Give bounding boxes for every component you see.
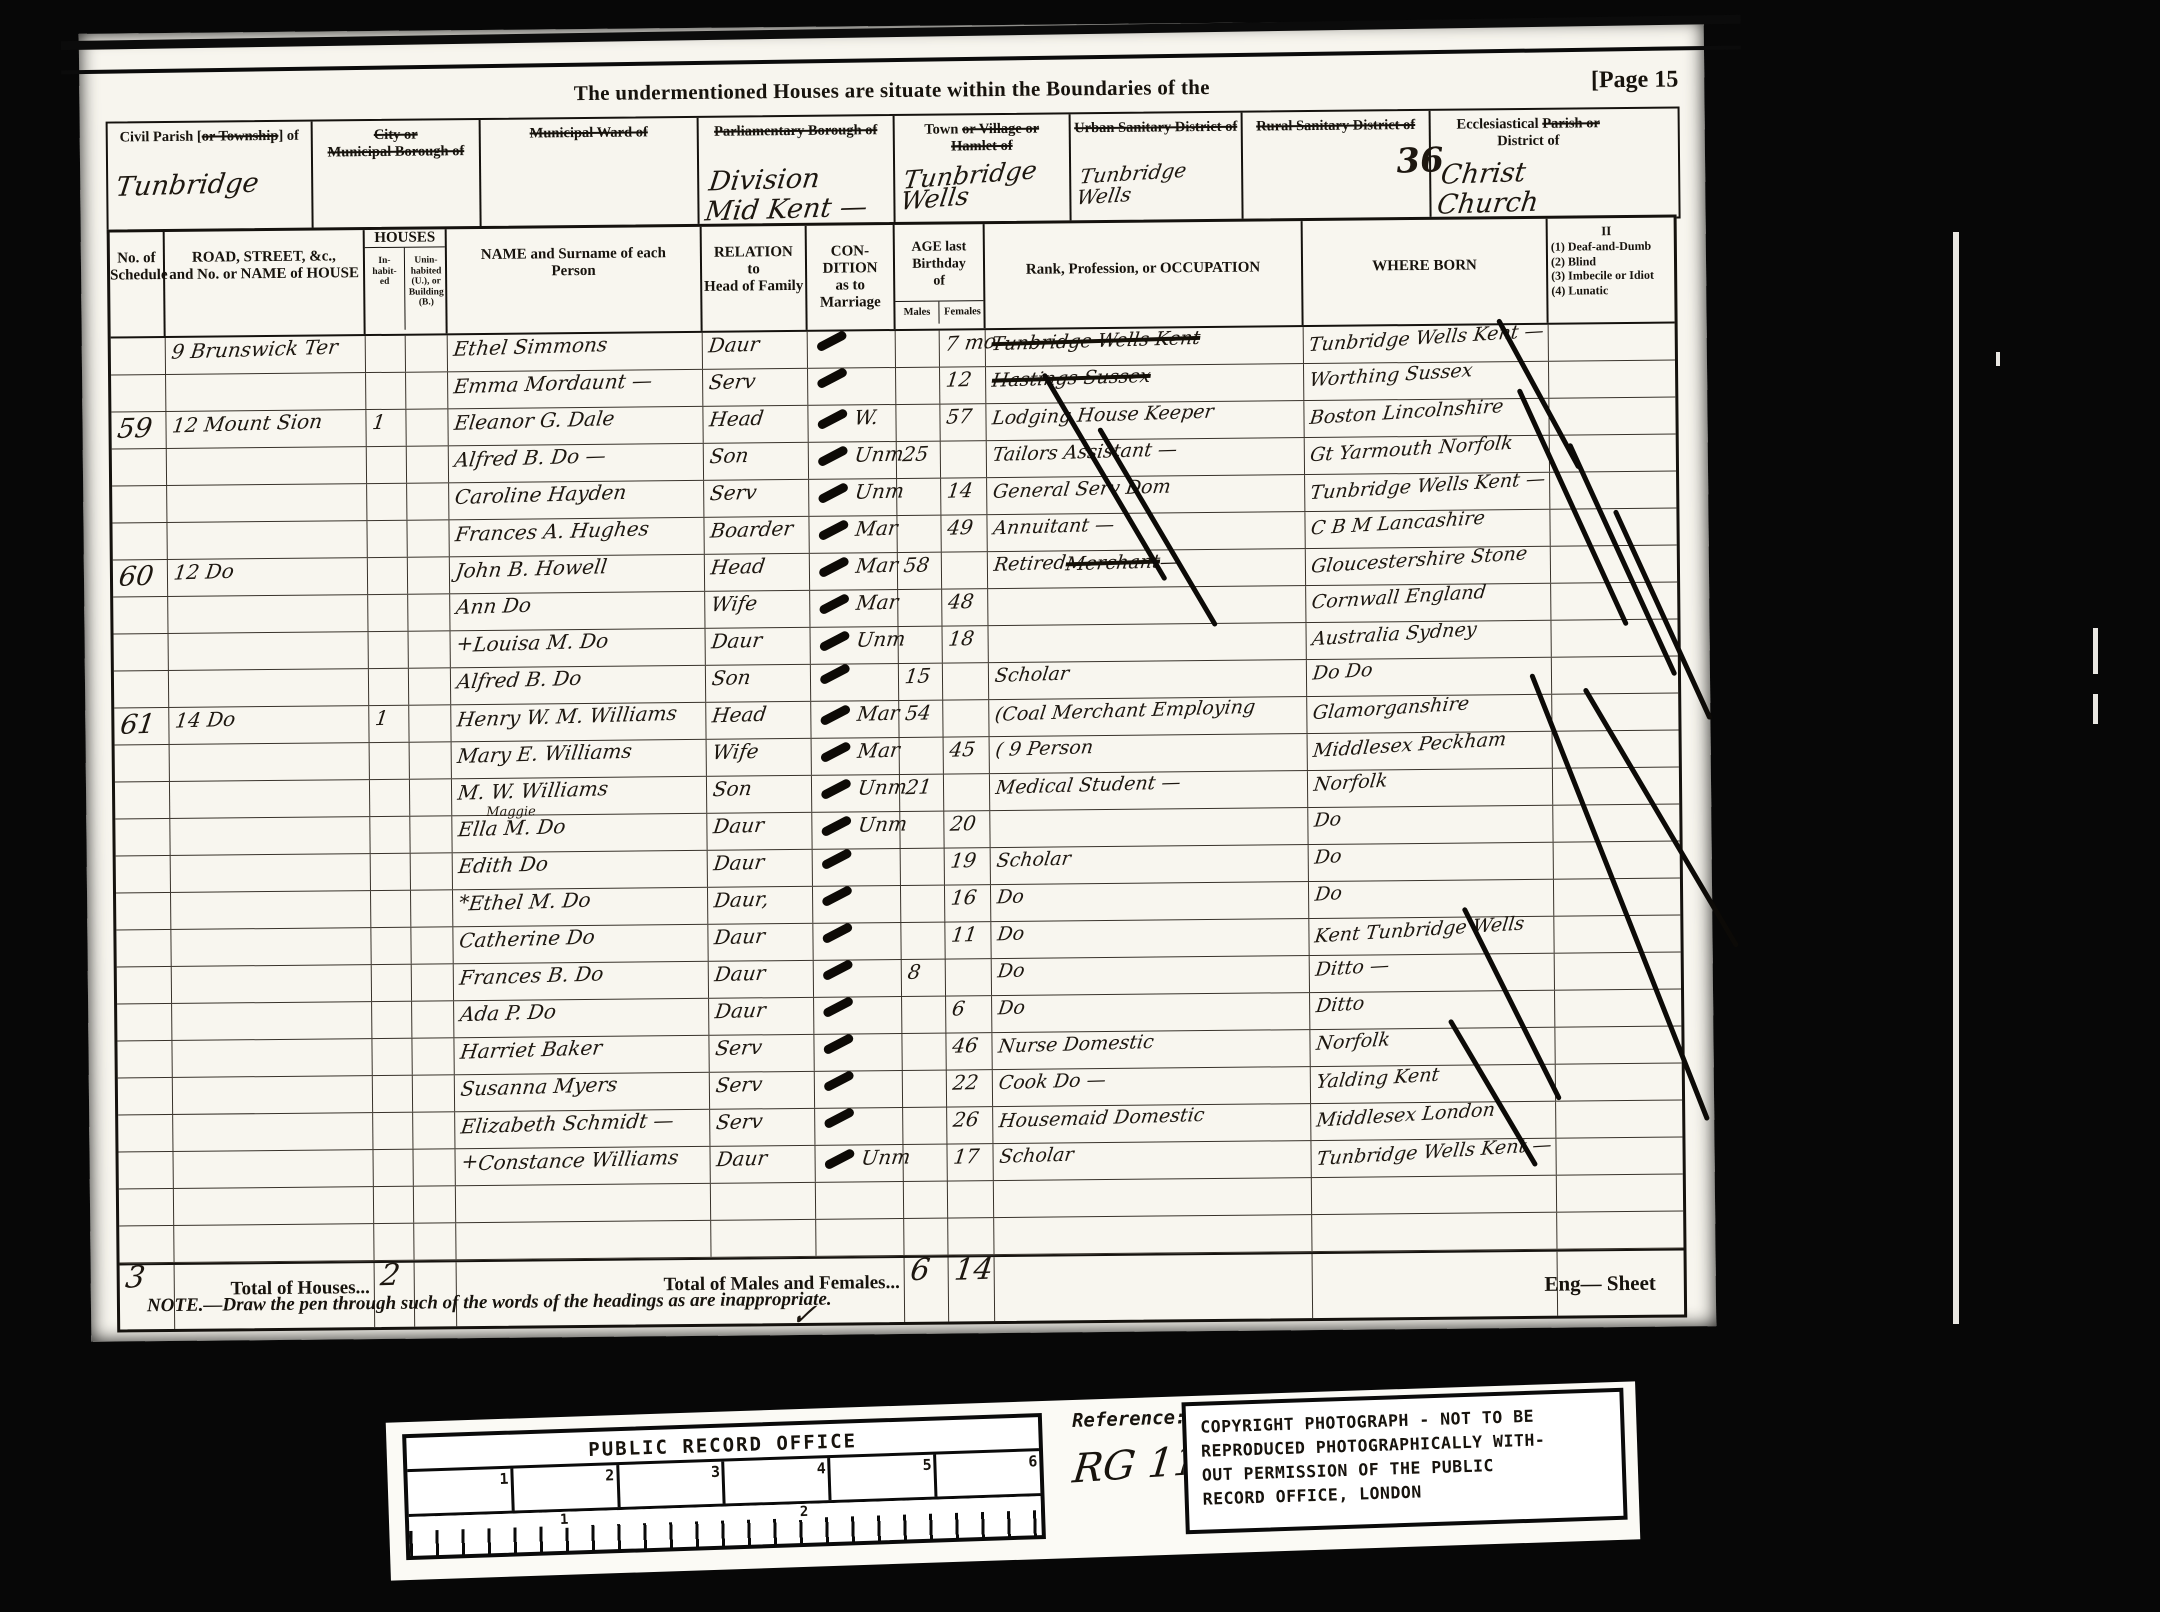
age-female-cell: 46 xyxy=(946,1033,992,1069)
infirmity-cell xyxy=(1556,1064,1673,1101)
road-cell xyxy=(171,891,371,929)
ink-mark xyxy=(817,519,850,542)
schedule-cell xyxy=(117,1041,172,1078)
inhabited-cell xyxy=(372,1002,412,1038)
uninhabited-cell xyxy=(409,631,451,667)
schedule-cell: 60 xyxy=(113,560,168,597)
born-cell: Do Do xyxy=(1307,658,1552,696)
age-male-cell xyxy=(897,516,941,552)
age-male-cell: 8 xyxy=(902,960,946,996)
name-cell xyxy=(456,1184,711,1222)
inhabited-cell xyxy=(374,1187,414,1223)
age-male-cell xyxy=(896,405,940,441)
condition-cell xyxy=(816,1182,904,1219)
age-female-cell: 16 xyxy=(945,885,991,921)
relation-cell xyxy=(711,1220,816,1257)
age-female-cell: 7 mo xyxy=(940,330,986,366)
age-female-cell xyxy=(944,774,990,810)
age-female-cell: 26 xyxy=(947,1107,993,1143)
relation-cell: Daur xyxy=(708,850,813,887)
road-cell: 9 Brunswick Ter xyxy=(166,336,366,374)
boundary-value-parliamentary-borough: Division Mid Kent — xyxy=(703,163,873,228)
relation-cell: Daur xyxy=(706,628,811,665)
occupation-cell: Tailors Assistant — xyxy=(987,438,1305,477)
schedule-cell xyxy=(112,486,167,523)
age-male-cell xyxy=(896,368,940,404)
age-female-cell xyxy=(943,700,989,736)
inhabited-cell xyxy=(374,1224,414,1260)
film-speck xyxy=(2093,694,2098,724)
schedule-cell xyxy=(111,338,166,375)
born-cell: Ditto — xyxy=(1310,954,1555,992)
name-cell xyxy=(456,1221,711,1259)
col-uninhabited-header: Unin- habited (U.), or Building (B.) xyxy=(405,247,448,329)
road-cell xyxy=(167,484,367,522)
schedule-cell xyxy=(118,1115,173,1152)
infirmity-cell xyxy=(1555,1027,1672,1064)
relation-cell: Serv xyxy=(709,1035,814,1072)
born-cell: Worthing Sussex xyxy=(1304,362,1549,400)
born-cell: Kent Tunbridge Wells xyxy=(1309,917,1554,955)
relation-cell: Son xyxy=(706,665,811,702)
col-schedule-header: No. of Schedule xyxy=(110,232,166,337)
relation-cell: Head xyxy=(703,406,808,443)
boundary-value-ecclesiastical: Christ Church xyxy=(1435,155,1630,221)
condition-cell xyxy=(808,331,896,368)
relation-cell: Son xyxy=(704,443,809,480)
relation-cell: Boarder xyxy=(704,517,809,554)
col-males-header: Males xyxy=(895,302,939,324)
born-cell: Norfolk xyxy=(1310,1028,1555,1066)
boundary-cell-rural-sanitary: Rural Sanitary District of36 xyxy=(1243,111,1432,221)
name-cell: Frances B. Do xyxy=(454,962,709,1000)
relation-cell: Wife xyxy=(705,591,810,628)
col-females-header: Females xyxy=(939,301,985,323)
age-female-cell: 57 xyxy=(940,404,986,440)
condition-cell: Mar xyxy=(810,553,898,590)
inhabited-cell xyxy=(367,484,407,520)
name-cell: Edith Do xyxy=(453,851,708,889)
name-cell: Alfred B. Do — xyxy=(449,444,704,482)
ink-mark xyxy=(823,1107,856,1130)
occupation-cell: Do xyxy=(991,919,1309,958)
infirmity-cell xyxy=(1557,1175,1674,1212)
uninhabited-cell xyxy=(408,594,450,630)
road-cell: 12 Mount Sion xyxy=(166,410,366,448)
occupation-cell: Do xyxy=(992,956,1310,995)
schedule-cell xyxy=(114,634,169,671)
road-cell xyxy=(170,817,370,855)
boundary-cell-municipal-ward: Municipal Ward of xyxy=(481,118,700,228)
ink-mark xyxy=(823,1070,856,1093)
age-female-cell: 14 xyxy=(941,478,987,514)
col-age-header: AGE last Birthday of Males Females xyxy=(895,224,986,329)
inhabited-cell xyxy=(370,817,410,853)
uninhabited-cell xyxy=(412,1001,454,1037)
ruler-inch-number: 1 xyxy=(557,1512,572,1528)
road-cell xyxy=(173,1150,373,1188)
occupation-cell xyxy=(990,808,1308,847)
name-cell: Ada P. Do xyxy=(454,999,709,1037)
condition-cell: Mar xyxy=(811,701,899,738)
road-cell xyxy=(170,743,370,781)
uninhabited-cell xyxy=(407,520,449,556)
uninhabited-cell xyxy=(411,890,453,926)
ink-mark xyxy=(820,778,853,801)
name-cell: + Constance Williams xyxy=(455,1147,710,1185)
name-cell: Harriet Baker xyxy=(454,1036,709,1074)
occupation-cell: (Coal Merchant Employing xyxy=(989,697,1307,736)
occupation-cell: Housemaid Domestic xyxy=(993,1104,1311,1143)
inhabited-cell xyxy=(373,1150,413,1186)
schedule-cell xyxy=(117,967,172,1004)
born-cell: Yalding Kent xyxy=(1311,1065,1556,1103)
condition-cell xyxy=(811,664,899,701)
ink-mark xyxy=(817,482,850,505)
infirmity-cell xyxy=(1549,324,1666,361)
ink-mark xyxy=(819,704,852,727)
age-female-cell: 17 xyxy=(947,1144,993,1180)
col-road-header: ROAD, STREET, &c., and No. or NAME of HO… xyxy=(165,230,366,336)
age-male-cell: 58 xyxy=(898,553,942,589)
road-cell xyxy=(173,1113,373,1151)
age-male-cell xyxy=(900,812,944,848)
age-female-cell: 12 xyxy=(940,367,986,403)
age-male-cell xyxy=(901,849,945,885)
ruler-inch-number: 2 xyxy=(797,1504,812,1520)
age-male-cell xyxy=(904,1219,948,1255)
age-male-cell xyxy=(903,1145,947,1181)
schedule-cell xyxy=(119,1189,174,1226)
inhabited-cell xyxy=(369,669,409,705)
census-table: No. of Schedule ROAD, STREET, &c., and N… xyxy=(107,215,1688,1333)
uninhabited-cell xyxy=(407,483,449,519)
ink-mark xyxy=(816,367,849,390)
inhabited-cell xyxy=(371,854,411,890)
relation-cell: Daur xyxy=(710,1146,815,1183)
schedule-cell xyxy=(118,1152,173,1189)
col-infirmity-header: II (1) Deaf-and-Dumb(2) Blind(3) Imbecil… xyxy=(1548,218,1666,323)
relation-cell: Serv xyxy=(704,480,809,517)
name-cell: Frances A. Hughes xyxy=(449,518,704,556)
road-cell xyxy=(171,854,371,892)
age-female-cell xyxy=(941,441,987,477)
road-cell xyxy=(172,1002,372,1040)
road-cell xyxy=(168,595,368,633)
total-males-value: 6 xyxy=(905,1258,950,1322)
film-speck xyxy=(2093,628,2098,674)
road-cell xyxy=(166,373,366,411)
condition-cell xyxy=(813,923,901,960)
inhabited-cell: 1 xyxy=(369,706,409,742)
age-male-cell: 21 xyxy=(900,775,944,811)
uninhabited-cell xyxy=(408,557,450,593)
name-cell: Henry W. M. Williams xyxy=(451,703,706,741)
age-female-cell xyxy=(948,1181,994,1217)
schedule-cell xyxy=(115,782,170,819)
check-mark: ✓ xyxy=(790,1305,818,1327)
born-cell: Do xyxy=(1309,843,1554,881)
inhabited-cell xyxy=(373,1076,413,1112)
uninhabited-cell xyxy=(410,742,452,778)
col-occupation-header: Rank, Profession, or OCCUPATION xyxy=(985,221,1304,328)
uninhabited-cell xyxy=(409,668,451,704)
occupation-cell xyxy=(988,623,1306,662)
name-cell: + Louisa M. Do xyxy=(451,629,706,667)
schedule-cell xyxy=(119,1226,174,1263)
age-female-cell: 18 xyxy=(942,626,988,662)
boundary-cell-city-borough: City orMunicipal Borough of xyxy=(313,120,482,230)
relation-cell: Daur xyxy=(707,813,812,850)
inhabited-cell xyxy=(368,595,408,631)
col-relation-header: RELATION to Head of Family xyxy=(702,226,808,331)
col-name-header: NAME and Surname of each Person xyxy=(447,227,703,333)
inhabited-cell xyxy=(367,521,407,557)
age-male-cell xyxy=(903,1071,947,1107)
schedule-cell xyxy=(116,856,171,893)
ink-mark xyxy=(818,593,851,616)
uninhabited-cell xyxy=(410,816,452,852)
relation-cell: Wife xyxy=(707,739,812,776)
road-cell xyxy=(174,1187,374,1225)
uninhabited-cell xyxy=(406,335,448,371)
name-cell: Emma Mordaunt — xyxy=(448,370,703,408)
age-male-cell xyxy=(901,886,945,922)
boundary-cell-civil-parish: Civil Parish [or Township] ofTunbridge xyxy=(108,122,314,232)
sheet-label: Eng— Sheet xyxy=(1544,1271,1656,1297)
age-male-cell xyxy=(900,738,944,774)
uninhabited-cell xyxy=(413,1149,455,1185)
occupation-cell: Nurse Domestic xyxy=(992,1030,1310,1069)
relation-cell: Serv xyxy=(703,369,808,406)
schedule-cell xyxy=(113,597,168,634)
schedule-cell xyxy=(117,1004,172,1041)
ink-mark xyxy=(822,959,855,982)
condition-cell: Unm xyxy=(815,1145,903,1182)
boundary-cell-urban-sanitary: Urban Sanitary District ofTunbridge Well… xyxy=(1071,113,1244,223)
road-cell: 12 Do xyxy=(168,558,368,596)
ruler-cm-segment: 1 xyxy=(407,1469,514,1514)
ink-mark xyxy=(815,330,848,353)
schedule-cell xyxy=(111,375,166,412)
condition-cell: Unm xyxy=(812,775,900,812)
born-cell: Do xyxy=(1308,806,1553,844)
inhabited-cell xyxy=(366,373,406,409)
relation-cell: Serv xyxy=(710,1109,815,1146)
road-cell xyxy=(172,1039,372,1077)
infirmity-cell xyxy=(1551,546,1668,583)
age-male-cell xyxy=(898,627,942,663)
schedule-cell xyxy=(115,745,170,782)
age-female-cell: 19 xyxy=(945,848,991,884)
scan-edge-line xyxy=(61,15,1741,50)
boundary-value-town-village: Tunbridge Wells xyxy=(899,157,1073,212)
schedule-cell xyxy=(112,449,167,486)
inhabited-cell: 1 xyxy=(366,410,406,446)
age-female-cell: 20 xyxy=(944,811,990,847)
ruler-cm-segment: 5 xyxy=(830,1455,937,1500)
condition-cell xyxy=(813,849,901,886)
relation-cell: Daur, xyxy=(708,887,813,924)
scan-edge-line xyxy=(61,45,1741,74)
uninhabited-cell xyxy=(414,1186,456,1222)
ink-mark xyxy=(821,922,854,945)
film-speck xyxy=(1996,352,2000,366)
occupation-cell: ( 9 Person xyxy=(990,734,1308,773)
name-cell: Ann Do xyxy=(450,592,705,630)
age-male-cell xyxy=(902,1034,946,1070)
condition-cell: Unm xyxy=(809,479,897,516)
age-female-cell: 48 xyxy=(942,589,988,625)
copyright-stamp: COPYRIGHT PHOTOGRAPH - NOT TO BEREPRODUC… xyxy=(1181,1388,1627,1535)
infirmity-cell xyxy=(1549,398,1666,435)
road-cell: 14 Do xyxy=(169,706,369,744)
age-male-cell: 15 xyxy=(899,664,943,700)
name-cell: Catherine Do xyxy=(453,925,708,963)
page-number-label: [Page 15 xyxy=(1591,66,1679,94)
age-male-cell xyxy=(897,479,941,515)
road-cell xyxy=(172,965,372,1003)
road-cell xyxy=(169,632,369,670)
infirmity-cell xyxy=(1556,1138,1673,1175)
boundary-cell-parliamentary-borough: Parliamentary Borough ofDivision Mid Ken… xyxy=(699,116,896,226)
condition-cell: Unm xyxy=(812,812,900,849)
ink-mark xyxy=(819,741,852,764)
condition-cell xyxy=(815,1108,903,1145)
relation-cell: Daur xyxy=(709,998,814,1035)
condition-cell: Mar xyxy=(809,516,897,553)
occupation-cell: Do xyxy=(992,993,1310,1032)
schedule-cell: 61 xyxy=(114,708,169,745)
name-cell: Mary E. Williams xyxy=(452,740,707,778)
inhabited-cell xyxy=(372,965,412,1001)
age-male-cell xyxy=(898,590,942,626)
condition-cell xyxy=(814,1034,902,1071)
age-female-cell: 49 xyxy=(941,515,987,551)
infirmity-cell xyxy=(1554,916,1671,953)
age-female-cell: 22 xyxy=(947,1070,993,1106)
age-female-cell xyxy=(942,552,988,588)
age-male-cell xyxy=(896,331,940,367)
uninhabited-cell xyxy=(406,409,448,445)
age-female-cell xyxy=(943,663,989,699)
name-cell: Caroline Hayden xyxy=(449,481,704,519)
occupation-cell: Tunbridge Wells Kent xyxy=(986,327,1304,366)
age-male-cell: 54 xyxy=(899,701,943,737)
occupation-cell: Medical Student — xyxy=(990,771,1308,810)
name-cell: Alfred B. Do xyxy=(451,666,706,704)
relation-cell: Serv xyxy=(710,1072,815,1109)
age-female-cell xyxy=(946,959,992,995)
born-cell: Gt Yarmouth Norfolk xyxy=(1305,436,1550,474)
uninhabited-cell xyxy=(412,1038,454,1074)
born-cell: Norfolk xyxy=(1308,769,1553,807)
ink-mark xyxy=(822,1033,855,1056)
name-cell: John B. Howell xyxy=(450,555,705,593)
age-male-cell xyxy=(903,1108,947,1144)
col-condition-header: CON- DITION as to Marriage xyxy=(807,225,896,330)
age-male-cell xyxy=(901,923,945,959)
occupation-cell: Hastings Sussex xyxy=(986,364,1304,403)
road-cell xyxy=(174,1224,374,1262)
ink-mark xyxy=(816,408,849,431)
stamp-strip: PUBLIC RECORD OFFICE 123456 1 2 Referenc… xyxy=(386,1381,1641,1580)
age-male-cell xyxy=(902,997,946,1033)
boundary-value-urban-sanitary: Tunbridge Wells xyxy=(1075,156,1245,208)
ruler-cm-segment: 3 xyxy=(619,1462,726,1507)
occupation-cell: Lodging House Keeper xyxy=(986,401,1304,440)
uninhabited-cell xyxy=(407,446,449,482)
ink-mark xyxy=(822,996,855,1019)
relation-cell: Daur xyxy=(708,924,813,961)
inhabited-cell xyxy=(366,336,406,372)
name-cell: Ethel Simmons xyxy=(448,333,703,371)
condition-cell xyxy=(808,368,896,405)
col-inhabited-header: In- habit- ed xyxy=(365,248,406,330)
relation-cell xyxy=(711,1183,816,1220)
age-female-cell: 6 xyxy=(946,996,992,1032)
road-cell xyxy=(167,447,367,485)
infirmity-cell xyxy=(1556,1101,1673,1138)
name-cell: * Ethel M. Do xyxy=(453,888,708,926)
ink-mark xyxy=(817,445,850,468)
uninhabited-cell xyxy=(413,1112,455,1148)
ink-mark xyxy=(818,556,851,579)
ink-mark xyxy=(818,630,851,653)
inhabited-cell xyxy=(371,928,411,964)
road-cell xyxy=(171,928,371,966)
infirmity-cell xyxy=(1549,361,1666,398)
infirmity-cell xyxy=(1552,657,1669,694)
ruler-cm-segment: 6 xyxy=(936,1451,1040,1496)
inhabited-cell xyxy=(368,558,408,594)
ink-mark xyxy=(820,815,853,838)
census-rows: 9 Brunswick TerEthel SimmonsDaur7 moTunb… xyxy=(111,324,1684,1264)
public-record-office-stamp: PUBLIC RECORD OFFICE 123456 1 2 xyxy=(402,1413,1046,1560)
col-born-header: WHERE BORN xyxy=(1303,219,1549,325)
totals-row: 3 Total of Houses... 2 Total of Males an… xyxy=(120,1248,1685,1329)
column-headers: No. of Schedule ROAD, STREET, &c., and N… xyxy=(110,218,1675,339)
relation-cell: Daur xyxy=(703,332,808,369)
ink-mark xyxy=(820,848,853,871)
uninhabited-cell xyxy=(411,853,453,889)
occupation-cell xyxy=(994,1215,1312,1254)
occupation-cell xyxy=(994,1178,1312,1217)
relation-cell: Head xyxy=(706,702,811,739)
road-cell xyxy=(170,780,370,818)
born-cell: Australia Sydney xyxy=(1306,621,1551,659)
condition-cell xyxy=(814,960,902,997)
born-cell: Tunbridge Wells Kent — xyxy=(1305,473,1550,511)
age-male-cell: 25 xyxy=(897,442,941,478)
inhabited-cell xyxy=(373,1113,413,1149)
schedule-cell xyxy=(115,819,170,856)
age-male-cell xyxy=(904,1182,948,1218)
inhabited-cell xyxy=(370,743,410,779)
inhabited-cell xyxy=(367,447,407,483)
boundary-cell-town-village: Town or Village orHamlet ofTunbridge Wel… xyxy=(895,114,1072,224)
born-cell: Gloucestershire Stone xyxy=(1306,547,1551,585)
name-cell: MaggieElla M. Do xyxy=(452,814,707,852)
uninhabited-cell xyxy=(414,1223,456,1259)
schedule-cell: 59 xyxy=(111,412,166,449)
ink-mark xyxy=(821,885,854,908)
age-female-cell: 45 xyxy=(944,737,990,773)
condition-cell: Unm xyxy=(810,627,898,664)
inhabited-cell xyxy=(369,632,409,668)
ruler-cm-segment: 2 xyxy=(513,1465,620,1510)
road-cell xyxy=(173,1076,373,1114)
